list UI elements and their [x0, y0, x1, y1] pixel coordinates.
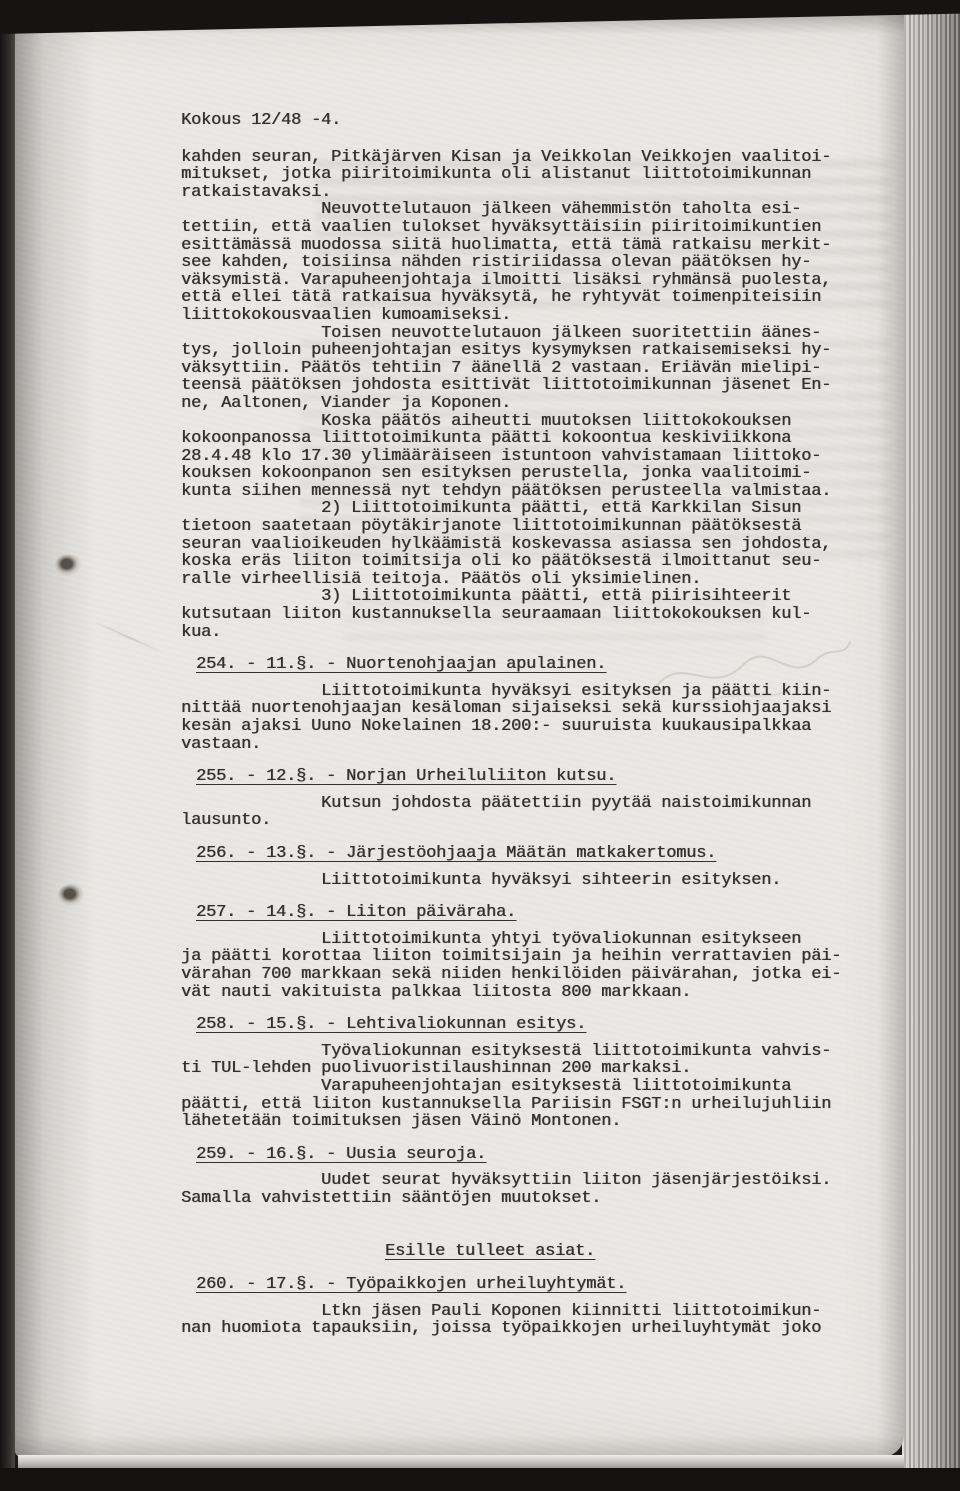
paragraph: Liittotoimikunta hyväksyi sihteerin esit…	[181, 872, 881, 890]
text-line: Ltkn jäsen Pauli Koponen kiinnitti liitt…	[181, 1303, 881, 1321]
text-line: liittokokousvaalien kumoamiseksi.	[181, 307, 881, 325]
section-heading: 258. - 15.§. - Lehtivaliokunnan esitys.	[196, 1016, 881, 1034]
text-line: esittämässä muodossa siitä huolimatta, e…	[181, 237, 881, 255]
text-line: koska eräs liiton toimitsija oli ko päät…	[181, 553, 881, 571]
text-line: Neuvottelutauon jälkeen vähemmistön taho…	[181, 201, 881, 219]
page-header: Kokous 12/48 -4.	[181, 112, 881, 130]
paragraph: kahden seuran, Pitkäjärven Kisan ja Veik…	[181, 149, 881, 642]
text-line: ne, Aaltonen, Viander ja Koponen.	[181, 395, 881, 413]
scanned-minutes-page: Kokous 12/48 -4. kahden seuran, Pitkäjär…	[0, 0, 960, 1491]
text-line: vät nauti vakituista palkkaa liitosta 80…	[181, 984, 881, 1002]
text-line: Varapuheenjohtajan esityksestä liittotoi…	[181, 1078, 881, 1096]
text-line: kouksen kokoonpanon sen esityksen perust…	[181, 465, 881, 483]
text-line: Toisen neuvottelutauon jälkeen suoritett…	[181, 325, 881, 343]
text-line: kahden seuran, Pitkäjärven Kisan ja Veik…	[181, 149, 881, 167]
paragraph: Liittotoimikunta hyväksyi esityksen ja p…	[181, 683, 881, 753]
text-line: lähetetään toimituksen jäsen Väinö Monto…	[181, 1113, 881, 1131]
paragraph: Ltkn jäsen Pauli Koponen kiinnitti liitt…	[181, 1303, 881, 1338]
section-heading: 254. - 11.§. - Nuortenohjaajan apulainen…	[196, 656, 881, 674]
text-line: kutsutaan liiton kustannuksella seuraama…	[181, 606, 881, 624]
text-line: Liittotoimikunta hyväksyi esityksen ja p…	[181, 683, 881, 701]
text-line: 28.4.48 klo 17.30 ylimääräiseen istuntoo…	[181, 448, 881, 466]
text-line: ralle virheellisiä teitoja. Päätös oli y…	[181, 571, 881, 589]
scan-bottom-bar	[0, 1468, 960, 1491]
text-line: 2) Liittotoimikunta päätti, että Karkkil…	[181, 500, 881, 518]
text-line: tys, jolloin puheenjohtajan esitys kysym…	[181, 342, 881, 360]
paragraph: Työvaliokunnan esityksestä liittotoimiku…	[181, 1043, 881, 1131]
section-heading: Esille tulleet asiat.	[385, 1243, 881, 1261]
paragraph: Uudet seurat hyväksyttiin liiton jäsenjä…	[181, 1172, 881, 1207]
document-blocks: kahden seuran, Pitkäjärven Kisan ja Veik…	[181, 149, 881, 1338]
text-line: 3) Liittotoimikunta päätti, että piirisi…	[181, 588, 881, 606]
text-line: kunta siihen mennessä nyt tehdyn päätöks…	[181, 483, 881, 501]
text-line: kesän ajaksi Uuno Nokelainen 18.200:- su…	[181, 718, 881, 736]
section-heading: 260. - 17.§. - Työpaikkojen urheiluyhtym…	[196, 1276, 881, 1294]
paragraph: Liittotoimikunta yhtyi työvaliokunnan es…	[181, 931, 881, 1001]
text-line: Koska päätös aiheutti muutoksen liittoko…	[181, 413, 881, 431]
text-line: tettiin, että vaalien tulokset hyväksytt…	[181, 219, 881, 237]
book-page-edges	[902, 0, 960, 1491]
text-line: nittää nuortenohjaajan kesäloman sijaise…	[181, 700, 881, 718]
section-heading: 255. - 12.§. - Norjan Urheiluliiton kuts…	[196, 768, 881, 786]
text-line: Uudet seurat hyväksyttiin liiton jäsenjä…	[181, 1172, 881, 1190]
text-line: see kahden, toisiinsa nähden ristiriidas…	[181, 254, 881, 272]
left-gutter-shadow	[0, 0, 15, 1491]
text-line: vastaan.	[181, 736, 881, 754]
text-line: ja päätti korottaa liiton toimitsijain j…	[181, 948, 881, 966]
text-line: ratkaistavaksi.	[181, 184, 881, 202]
text-line: lausunto.	[181, 812, 881, 830]
punch-hole	[58, 884, 84, 906]
punch-hole	[55, 554, 81, 576]
text-line: väksyttiin. Päätös tehtiin 7 äänellä 2 v…	[181, 360, 881, 378]
text-line: Liittotoimikunta yhtyi työvaliokunnan es…	[181, 931, 881, 949]
document-text: Kokous 12/48 -4. kahden seuran, Pitkäjär…	[181, 112, 881, 1338]
bottom-page-edges	[18, 1455, 904, 1468]
text-line: ti TUL-lehden puolivuoristilaushinnan 20…	[181, 1060, 881, 1078]
text-line: mitukset, jotka piiritoimikunta oli alis…	[181, 166, 881, 184]
text-line: tietoon saatetaan pöytäkirjanote liittot…	[181, 518, 881, 536]
text-line: seuran vaalioikeuden hylkäämistä koskeva…	[181, 536, 881, 554]
text-line: että ellei tätä ratkaisua hyväksytä, he …	[181, 289, 881, 307]
text-line: värahan 700 markkaan sekä niiden henkilö…	[181, 966, 881, 984]
text-line: Kutsun johdosta päätettiin pyytää naisto…	[181, 795, 881, 813]
section-heading: 259. - 16.§. - Uusia seuroja.	[196, 1146, 881, 1164]
text-line: päätti, että liiton kustannuksella Parii…	[181, 1096, 881, 1114]
text-line: Samalla vahvistettiin sääntöjen muutokse…	[181, 1190, 881, 1208]
text-line: väksymistä. Varapuheenjohtaja ilmoitti l…	[181, 272, 881, 290]
paragraph: Kutsun johdosta päätettiin pyytää naisto…	[181, 795, 881, 830]
text-line: Liittotoimikunta hyväksyi sihteerin esit…	[181, 872, 881, 890]
text-line: Työvaliokunnan esityksestä liittotoimiku…	[181, 1043, 881, 1061]
text-line: teensä päätöksen johdosta esittivät liit…	[181, 377, 881, 395]
text-line: nan huomiota tapauksiin, joissa työpaikk…	[181, 1320, 881, 1338]
section-heading: 256. - 13.§. - Järjestöohjaaja Määtän ma…	[196, 845, 881, 863]
text-line: kua.	[181, 624, 881, 642]
text-line: kokoonpanossa liittotoimikunta päätti ko…	[181, 430, 881, 448]
section-heading: 257. - 14.§. - Liiton päiväraha.	[196, 904, 881, 922]
